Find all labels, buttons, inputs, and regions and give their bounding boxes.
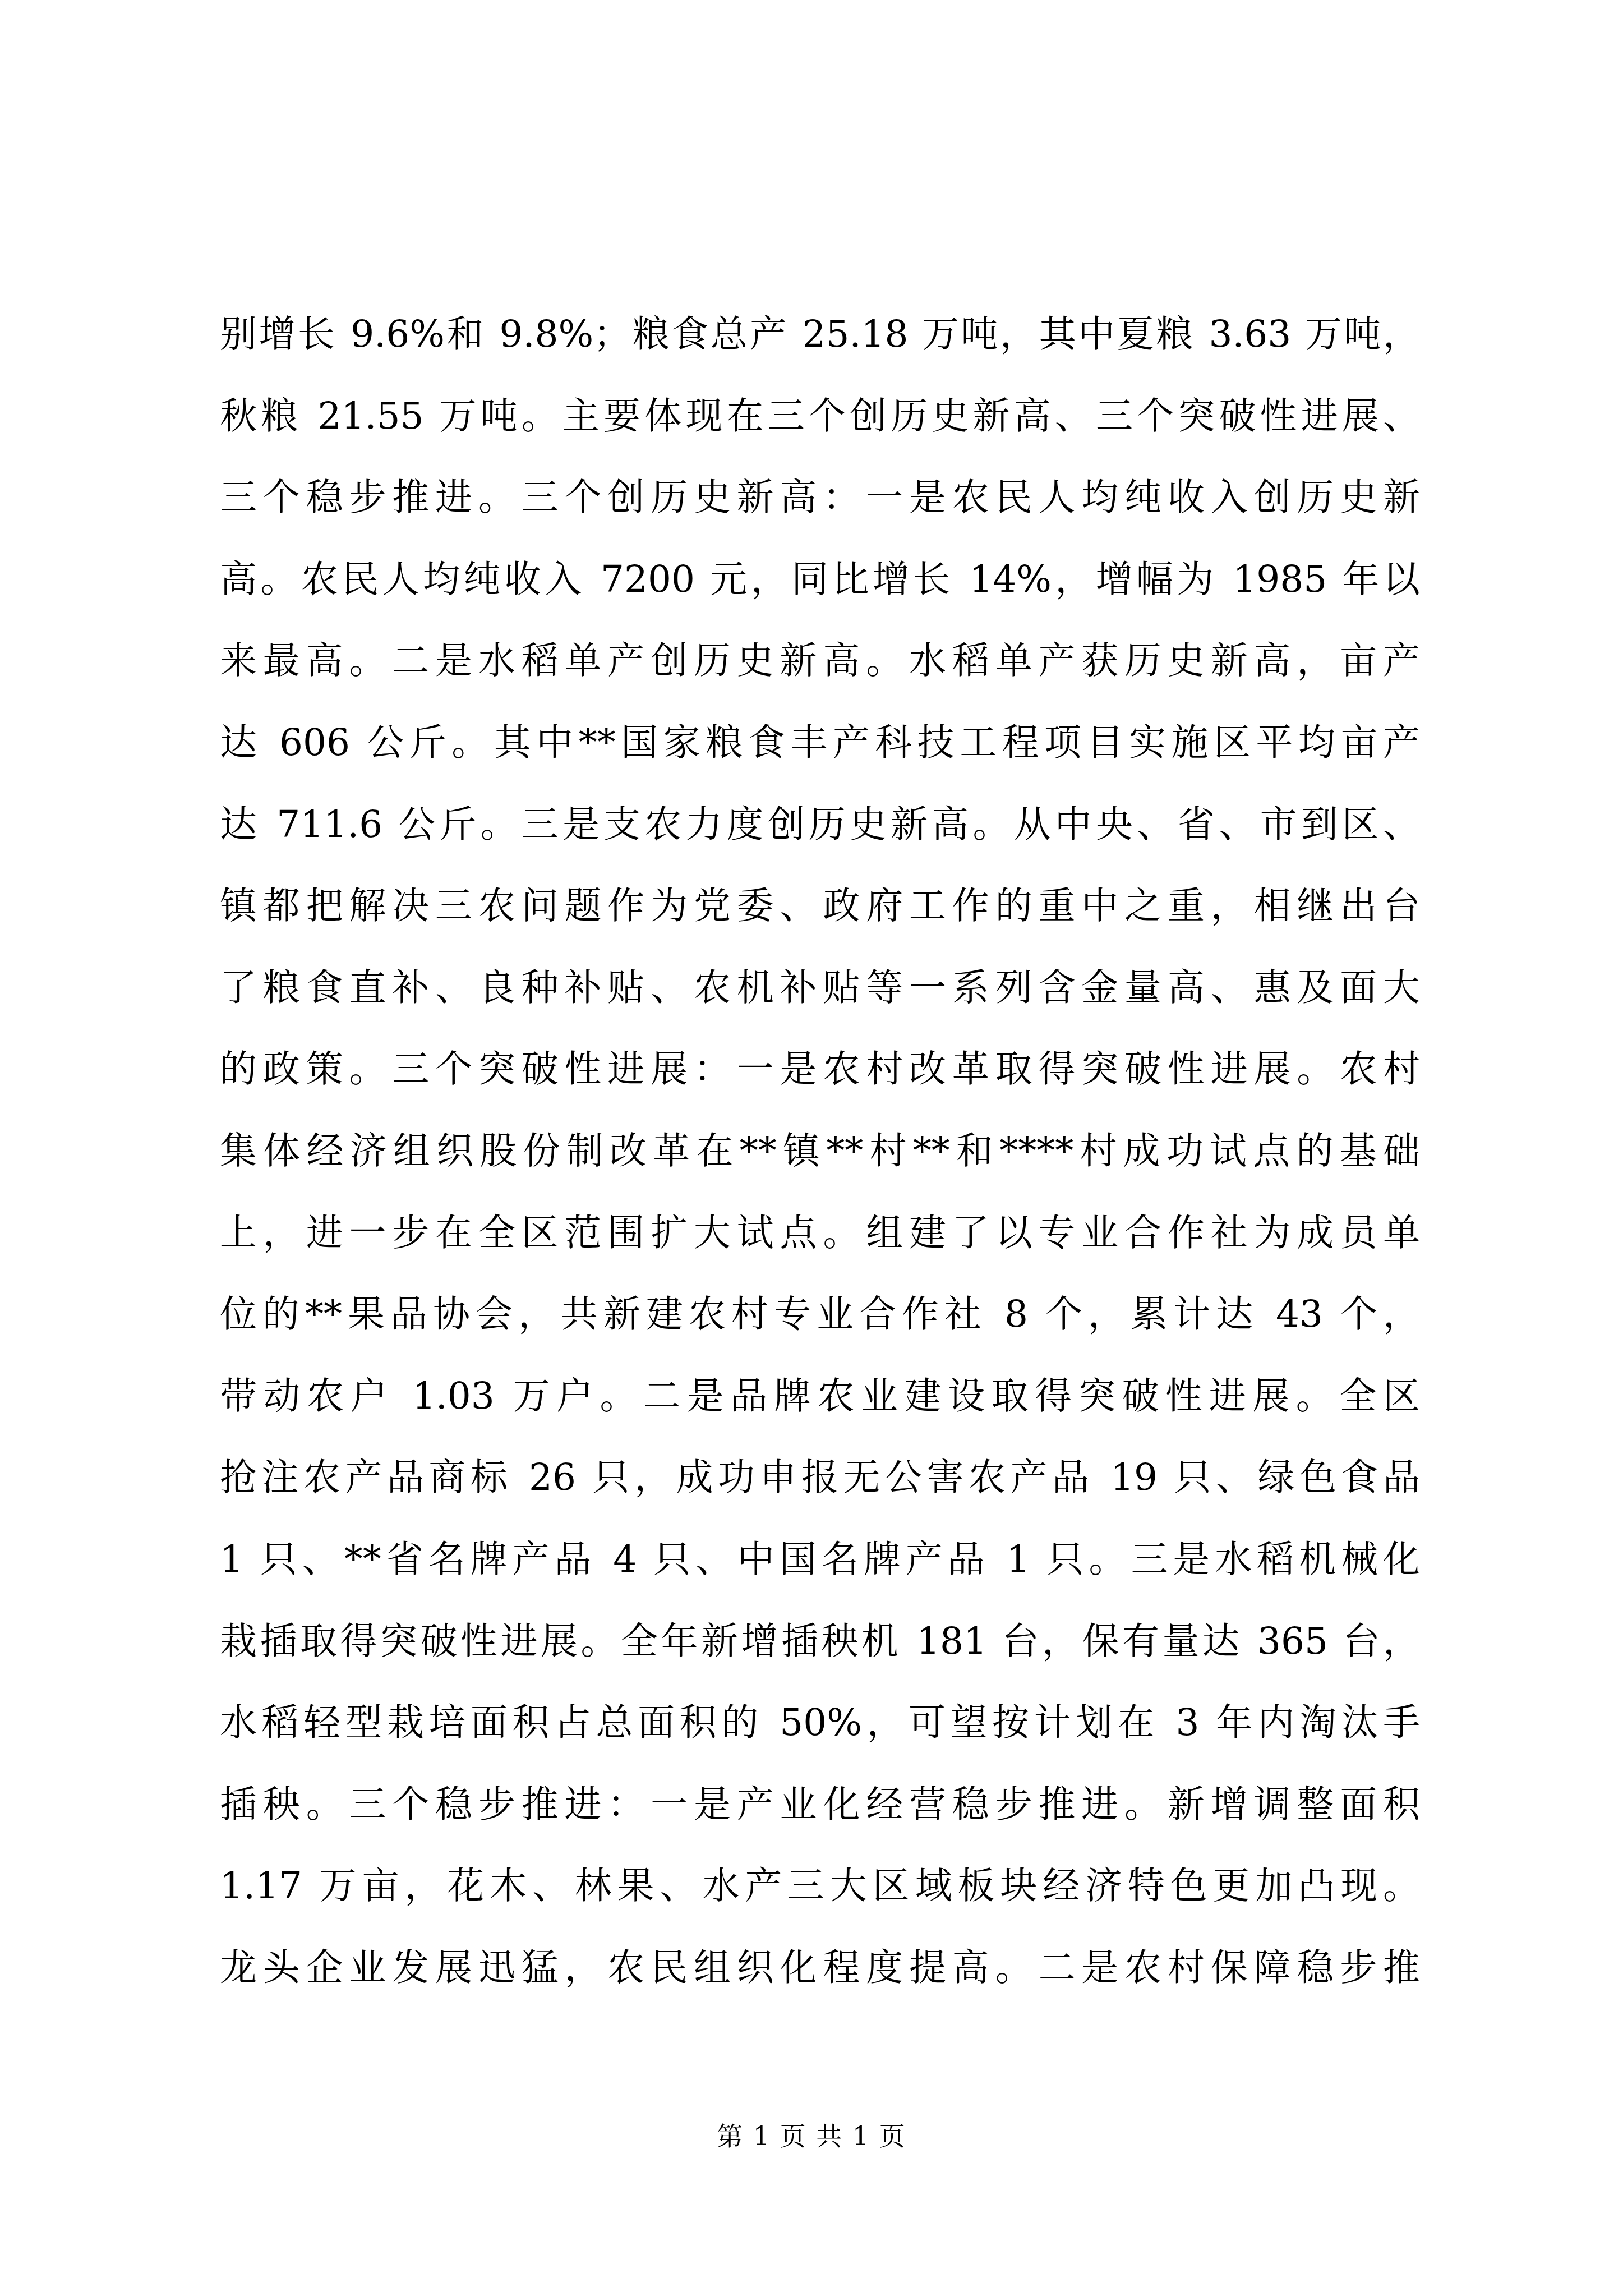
text-line: 高。农民人均纯收入 7200 元，同比增长 14%，增幅为 1985 年以 [220, 550, 1420, 632]
body-text: 别增长 9.6%和 9.8%；粮食总产 25.18 万吨，其中夏粮 3.63 万… [220, 305, 1420, 2019]
page-footer: 第 1 页 共 1 页 [0, 2116, 1623, 2153]
text-line: 1 只、**省名牌产品 4 只、中国名牌产品 1 只。三是水稻机械化 [220, 1530, 1420, 1612]
text-line: 秋粮 21.55 万吨。主要体现在三个创历史新高、三个突破性进展、 [220, 386, 1420, 468]
text-line: 了粮食直补、良种补贴、农机补贴等一系列含金量高、惠及面大 [220, 958, 1420, 1040]
text-line: 抢注农产品商标 26 只，成功申报无公害农产品 19 只、绿色食品 [220, 1448, 1420, 1530]
text-line: 达 606 公斤。其中**国家粮食丰产科技工程项目实施区平均亩产 [220, 713, 1420, 795]
text-line: 上，进一步在全区范围扩大试点。组建了以专业合作社为成员单 [220, 1203, 1420, 1285]
text-line: 龙头企业发展迅猛，农民组织化程度提高。二是农村保障稳步推 [220, 1938, 1420, 2020]
text-line: 集体经济组织股份制改革在**镇**村**和****村成功试点的基础 [220, 1121, 1420, 1203]
text-line: 插秧。三个稳步推进：一是产业化经营稳步推进。新增调整面积 [220, 1775, 1420, 1857]
text-line: 水稻轻型栽培面积占总面积的 50%，可望按计划在 3 年内淘汰手 [220, 1693, 1420, 1775]
text-line: 三个稳步推进。三个创历史新高：一是农民人均纯收入创历史新 [220, 468, 1420, 550]
text-line: 栽插取得突破性进展。全年新增插秧机 181 台，保有量达 365 台， [220, 1612, 1420, 1694]
text-line: 别增长 9.6%和 9.8%；粮食总产 25.18 万吨，其中夏粮 3.63 万… [220, 305, 1420, 386]
text-line: 来最高。二是水稻单产创历史新高。水稻单产获历史新高，亩产 [220, 631, 1420, 713]
text-line: 位的**果品协会，共新建农村专业合作社 8 个，累计达 43 个， [220, 1285, 1420, 1366]
text-line: 带动农户 1.03 万户。二是品牌农业建设取得突破性进展。全区 [220, 1366, 1420, 1448]
document-page: 别增长 9.6%和 9.8%；粮食总产 25.18 万吨，其中夏粮 3.63 万… [0, 0, 1623, 2296]
text-line: 1.17 万亩，花木、林果、水产三大区域板块经济特色更加凸现。 [220, 1856, 1420, 1938]
text-line: 镇都把解决三农问题作为党委、政府工作的重中之重，相继出台 [220, 876, 1420, 958]
page-indicator: 第 1 页 共 1 页 [717, 2121, 906, 2151]
text-line: 达 711.6 公斤。三是支农力度创历史新高。从中央、省、市到区、 [220, 795, 1420, 877]
text-line: 的政策。三个突破性进展：一是农村改革取得突破性进展。农村 [220, 1039, 1420, 1121]
